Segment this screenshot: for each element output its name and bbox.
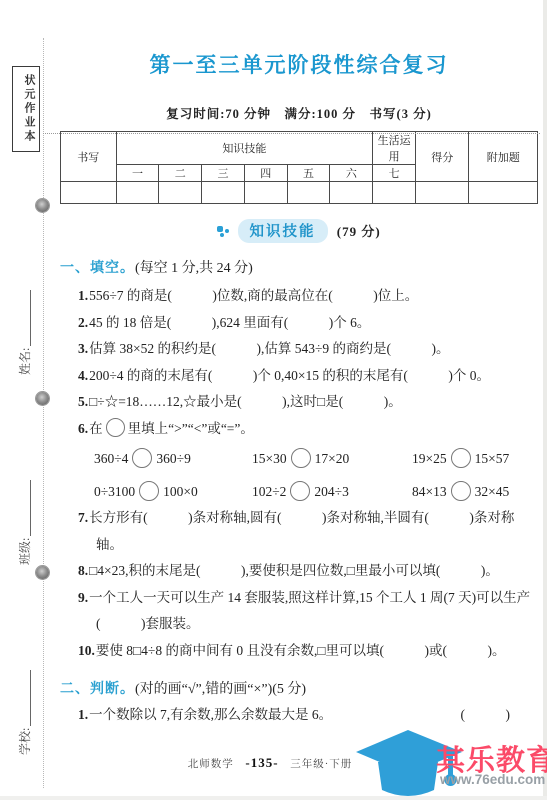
score-cell-empty [469,182,538,204]
compare-right: 204÷3 [314,484,348,499]
item-number: 8. [78,563,88,578]
item-number: 1. [78,707,88,722]
score-col: 五 [287,165,330,182]
section-badge-points: (79 分) [337,224,381,239]
item-text: 长方形有( )条对称轴,圆有( )条对称轴,半圆有( )条对称轴。 [89,510,514,552]
score-cell-empty [244,182,287,204]
item-text: 45 的 18 倍是( ),624 里面有( )个 6。 [89,315,370,330]
divider [43,133,540,134]
binder-rivet-icon [36,392,49,405]
compare-right: 32×45 [475,484,510,499]
score-col: 三 [202,165,245,182]
item-text: 一个数除以 7,有余数,那么余数最大是 6。 [89,707,332,722]
school-field: 学校: [16,605,36,755]
compare-circle-blank [139,481,159,501]
fill-items: 1.556÷7 的商是( )位数,商的最高位在( )位上。 2.45 的 18 … [60,283,538,664]
score-cell-empty [373,182,416,204]
item-text: 在 [89,421,103,436]
compare-circle-blank [451,448,471,468]
compare-left: 15×30 [252,451,287,466]
score-col: 一 [116,165,159,182]
item-number: 7. [78,510,88,525]
compare-left: 19×25 [412,451,447,466]
compare-cell: 0÷3100100×0 [94,479,252,505]
section-dots-icon [217,224,230,238]
score-cell-empty [287,182,330,204]
item-number: 3. [78,341,88,356]
part1-heading: 一、填空。(每空 1 分,共 24 分) [60,256,538,281]
compare-circle-blank [291,448,311,468]
part1-title: 一、填空。 [60,261,135,276]
watermark: 其乐教育 www.76edu.com [356,726,547,800]
score-col: 七 [373,165,416,182]
item-text: □÷☆=18……12,☆最小是( ),这时□是( )。 [89,394,402,409]
compare-circle-blank [290,481,310,501]
compare-left: 0÷3100 [94,484,135,499]
judge-item-1: 1.一个数除以 7,有余数,那么余数最大是 6。 ( ) [78,702,538,729]
compare-circle-blank [451,481,471,501]
compare-cell: 84×1332×45 [412,479,538,505]
fill-item-4: 4.200÷4 的商的末尾有( )个 0,40×15 的积的末尾有( )个 0。 [78,363,538,390]
score-table-life-use: 生活运用 [373,132,416,165]
item-number: 5. [78,394,88,409]
fill-item-3: 3.估算 38×52 的积约是( ),估算 543÷9 的商约是( )。 [78,336,538,363]
score-table-writing: 书写 [61,132,117,182]
answer-blank: ( ) [461,702,511,729]
compare-cell: 19×2515×57 [412,446,538,472]
compare-right: 15×57 [475,451,510,466]
class-blank-line [18,480,31,536]
item-text: 要使 8□4÷8 的商中间有 0 且没有余数,□里可以填( )或( )。 [96,643,506,658]
fill-item-1: 1.556÷7 的商是( )位数,商的最高位在( )位上。 [78,283,538,310]
compare-left: 360÷4 [94,451,128,466]
compare-circle-blank [132,448,152,468]
name-label: 姓名: [18,348,32,375]
score-col: 四 [244,165,287,182]
compare-left: 84×13 [412,484,447,499]
score-table: 书写 知识技能 生活运用 得分 附加题 一 二 三 四 五 六 七 [60,131,538,204]
watermark-url: www.76edu.com [440,772,545,787]
section-badge-label: 知识技能 [238,219,328,243]
class-label: 班级: [18,538,32,565]
part2-title: 二、判断。 [60,682,135,697]
score-cell-empty [415,182,468,204]
part1-note: (每空 1 分,共 24 分) [135,261,253,276]
workbook-label-box: 状元作业本 [12,66,40,152]
fill-item-6: 6.在里填上“>”“<”或“=”。 [78,416,538,443]
score-table-bonus: 附加题 [469,132,538,182]
item-text: 估算 38×52 的积约是( ),估算 543÷9 的商约是( )。 [89,341,449,356]
fill-item-5: 5.□÷☆=18……12,☆最小是( ),这时□是( )。 [78,389,538,416]
item-number: 9. [78,590,88,605]
compare-grid: 360÷4360÷9 15×3017×20 19×2515×57 0÷31001… [60,446,538,505]
score-table-knowledge: 知识技能 [116,132,373,165]
compare-cell: 102÷2204÷3 [252,479,412,505]
judge-text: 1.一个数除以 7,有余数,那么余数最大是 6。 [78,702,461,729]
part2-note: (对的画“√”,错的画“×”)(5 分) [135,682,306,697]
compare-right: 17×20 [315,451,350,466]
fill-item-2: 2.45 的 18 倍是( ),624 里面有( )个 6。 [78,310,538,337]
worksheet-page: 第一至三单元阶段性综合复习 复习时间:70 分钟 满分:100 分 书写(3 分… [60,50,538,729]
score-cell-empty [116,182,159,204]
item-text: 一个工人一天可以生产 14 套服装,照这样计算,15 个工人 1 周(7 天)可… [89,590,530,632]
item-number: 2. [78,315,88,330]
page-title: 第一至三单元阶段性综合复习 [60,50,538,80]
compare-left: 102÷2 [252,484,286,499]
score-table-score: 得分 [415,132,468,182]
score-cell-empty [159,182,202,204]
compare-right: 360÷9 [156,451,190,466]
part2-heading: 二、判断。(对的画“√”,错的画“×”)(5 分) [60,677,538,702]
school-blank-line [18,670,31,726]
page-number: -135- [245,755,278,770]
workbook-label: 状元作业本 [23,74,35,144]
compare-cell: 360÷4360÷9 [94,446,252,472]
binder-rivet-icon [36,566,49,579]
score-cell-empty [202,182,245,204]
item-text: 556÷7 的商是( )位数,商的最高位在( )位上。 [89,288,418,303]
item-number: 1. [78,288,88,303]
fill-item-10: 10.要使 8□4÷8 的商中间有 0 且没有余数,□里可以填( )或( )。 [78,638,538,665]
binding-dotted-line [43,38,44,788]
score-cell-empty [330,182,373,204]
item-text: 里填上“>”“<”或“=”。 [128,421,254,436]
score-col: 六 [330,165,373,182]
grade-label: 三年级·下册 [290,759,352,770]
fill-item-8: 8.□4×23,积的末尾是( ),要使积是四位数,□里最小可以填( )。 [78,558,538,585]
fill-item-7: 7.长方形有( )条对称轴,圆有( )条对称轴,半圆有( )条对称轴。 [78,505,538,558]
name-field: 姓名: [16,225,36,375]
score-col: 二 [159,165,202,182]
item-number: 4. [78,368,88,383]
compare-right: 100×0 [163,484,198,499]
compare-cell: 15×3017×20 [252,446,412,472]
item-text: □4×23,积的末尾是( ),要使积是四位数,□里最小可以填( )。 [89,563,499,578]
item-number: 6. [78,421,88,436]
fill-item-9: 9.一个工人一天可以生产 14 套服装,照这样计算,15 个工人 1 周(7 天… [78,585,538,638]
item-text: 200÷4 的商的末尾有( )个 0,40×15 的积的末尾有( )个 0。 [89,368,490,383]
section-badge: 知识技能 (79 分) [60,219,538,243]
score-cell-empty [61,182,117,204]
compare-circle-blank [106,418,125,437]
name-blank-line [18,290,31,346]
school-label: 学校: [18,728,32,755]
item-number: 10. [78,643,95,658]
book-name: 北师数学 [188,759,234,770]
binder-rivet-icon [36,199,49,212]
page-edge [543,0,547,800]
exam-meta: 复习时间:70 分钟 满分:100 分 书写(3 分) [60,104,538,122]
class-field: 班级: [16,415,36,565]
